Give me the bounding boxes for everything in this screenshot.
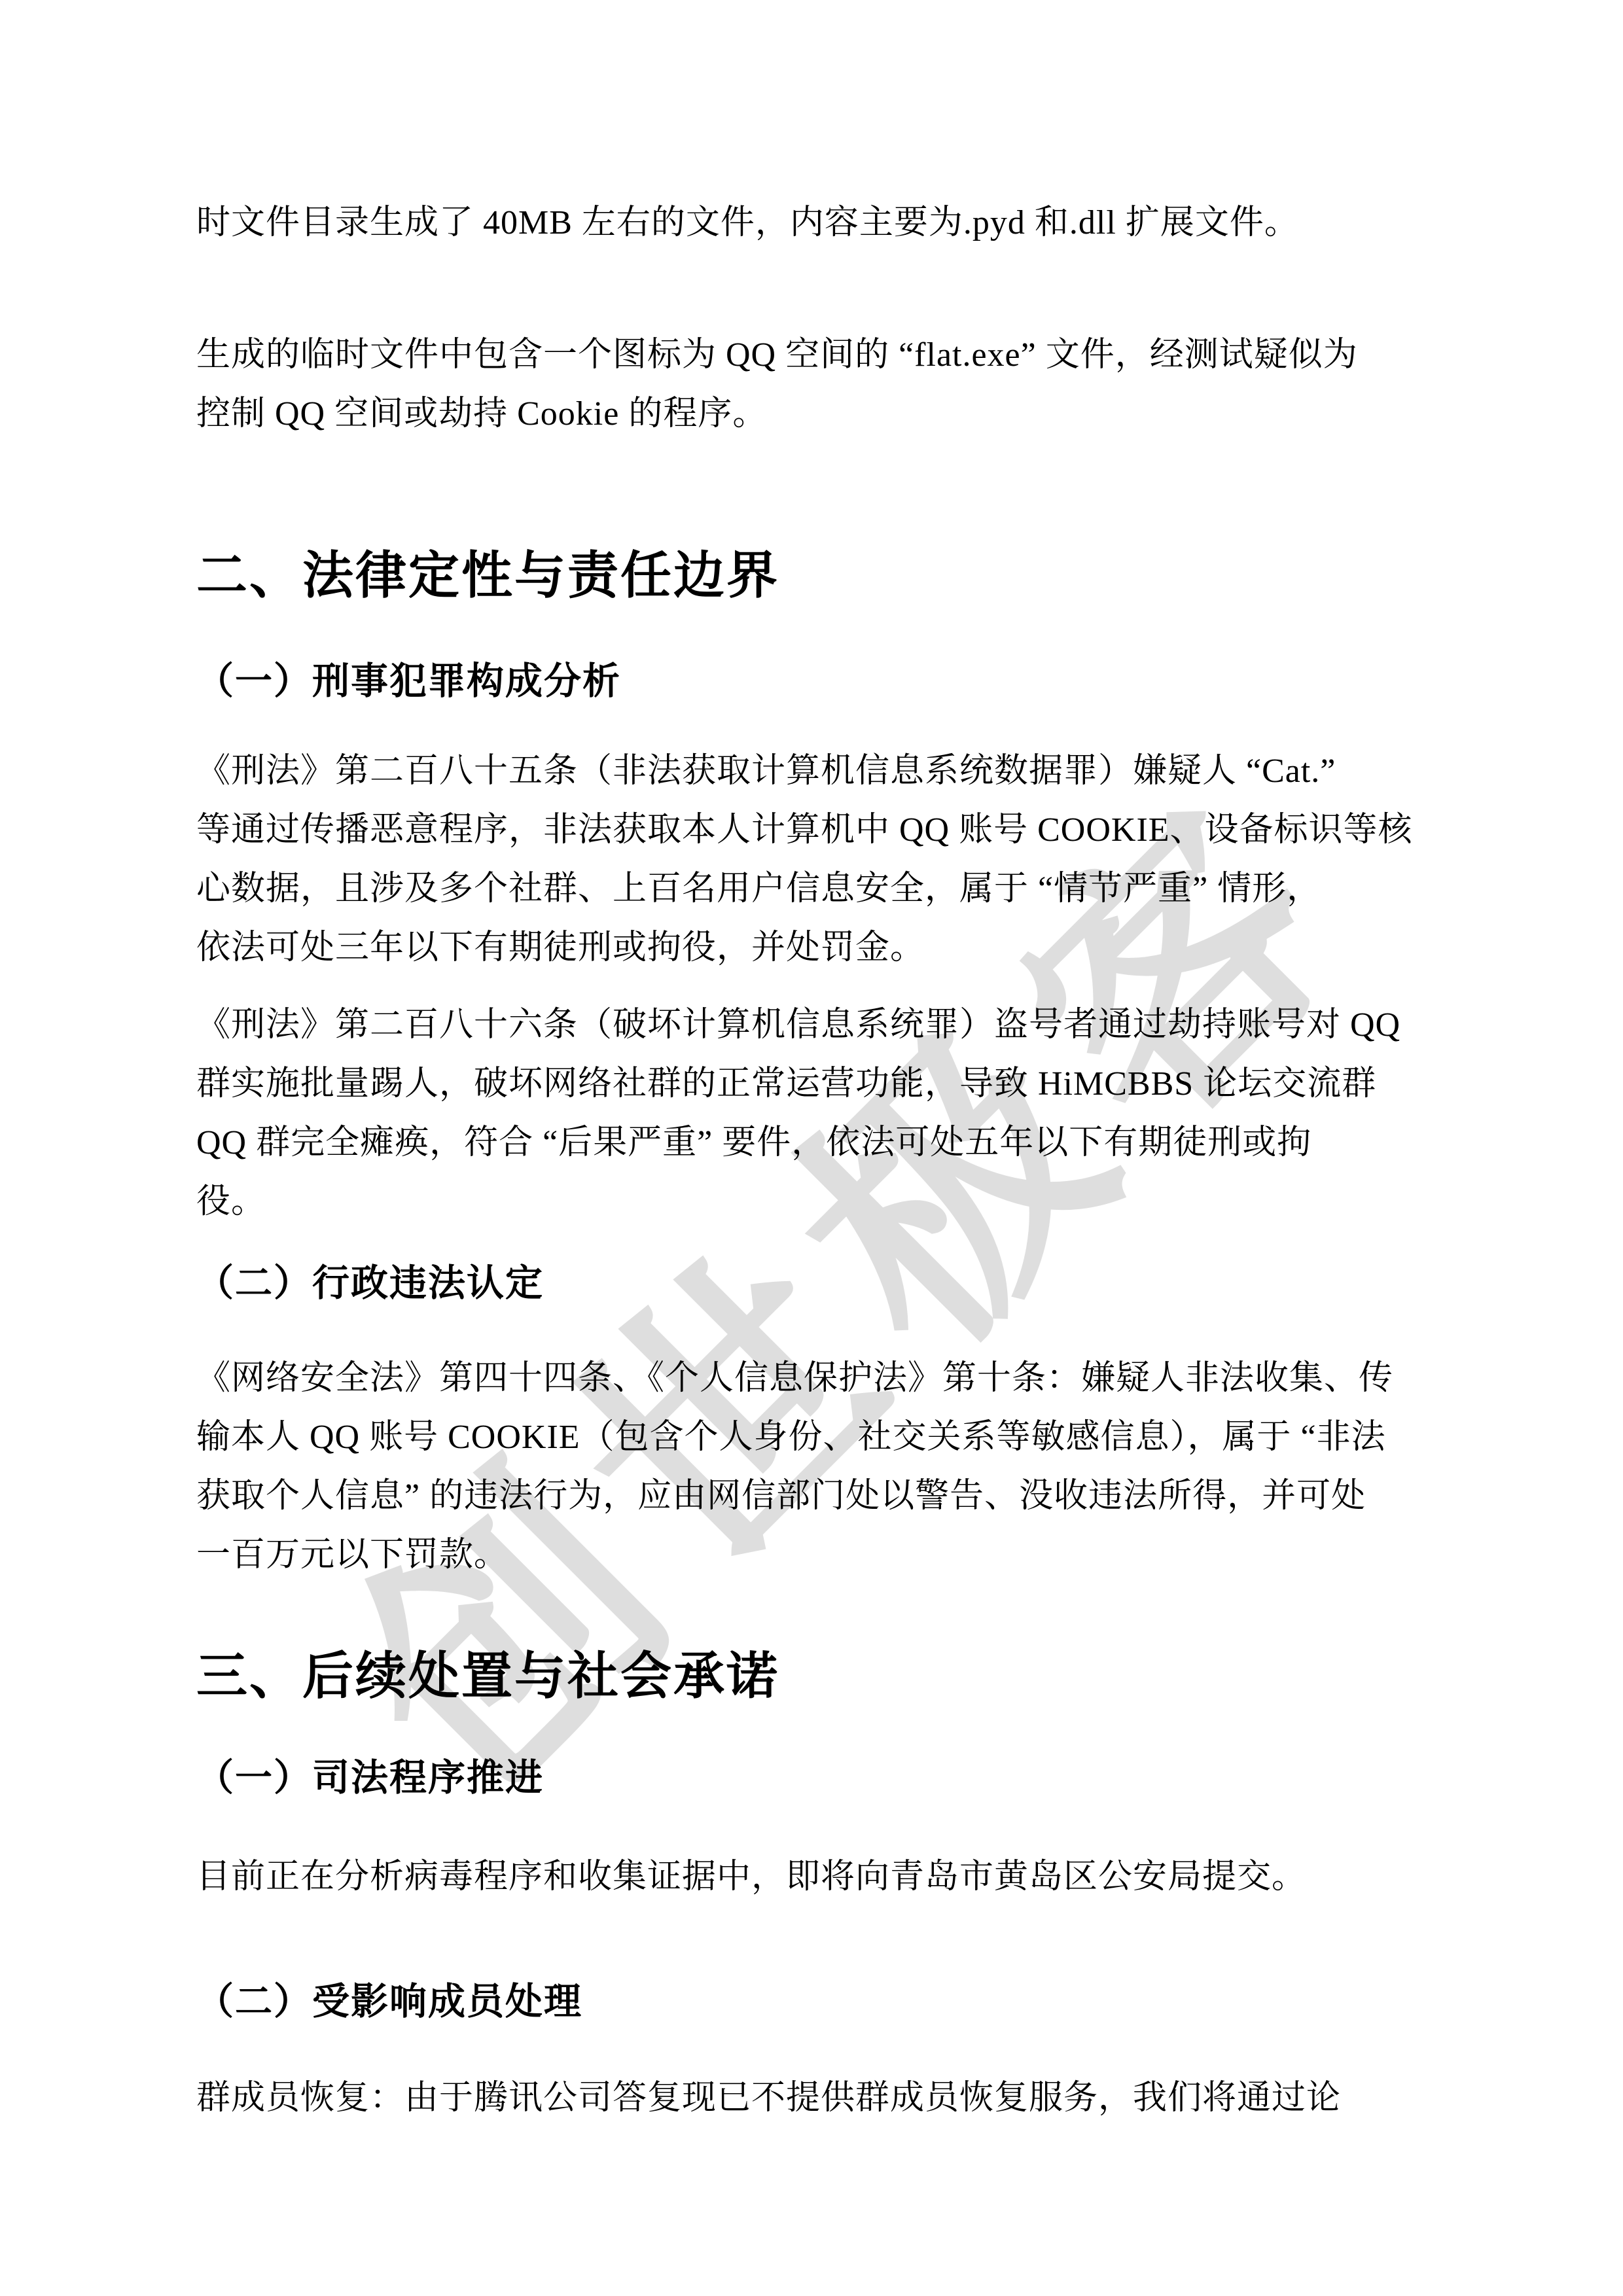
paragraph: 生成的临时文件中包含一个图标为 QQ 空间的 “flat.exe” 文件，经测试… [196,326,1429,444]
text-line: 《刑法》第二百八十五条（非法获取计算机信息系统数据罪）嫌疑人 “Cat.” [196,742,1429,801]
text-line: 《网络安全法》第四十四条、《个人信息保护法》第十条：嫌疑人非法收集、传 [196,1349,1429,1408]
text-line: QQ 群完全瘫痪，符合 “后果严重” 要件，依法可处五年以下有期徒刑或拘 [196,1114,1429,1173]
sub-heading: （二）受影响成员处理 [196,1969,1429,2034]
sub-heading: （一）刑事犯罪构成分析 [196,649,1429,713]
section-heading: 三、后续处置与社会承诺 [196,1637,1429,1714]
section-heading: 二、法律定性与责任边界 [196,537,1429,614]
sub-heading: （二）行政违法认定 [196,1251,1429,1315]
document-content: 时文件目录生成了 40MB 左右的文件，内容主要为.pyd 和.dll 扩展文件… [0,0,1623,2128]
document-page: 创世极客 时文件目录生成了 40MB 左右的文件，内容主要为.pyd 和.dll… [0,0,1623,2296]
text-line: 等通过传播恶意程序，非法获取本人计算机中 QQ 账号 COOKIE、设备标识等核 [196,801,1429,860]
paragraph: 时文件目录生成了 40MB 左右的文件，内容主要为.pyd 和.dll 扩展文件… [196,194,1429,253]
text-line: 目前正在分析病毒程序和收集证据中，即将向青岛市黄岛区公安局提交。 [196,1848,1429,1907]
text-line: （一）刑事犯罪构成分析 [196,649,1429,713]
text-line: 依法可处三年以下有期徒刑或拘役，并处罚金。 [196,919,1429,978]
text-line: 二、法律定性与责任边界 [196,537,1429,614]
text-line: 生成的临时文件中包含一个图标为 QQ 空间的 “flat.exe” 文件，经测试… [196,326,1429,385]
paragraph: 《刑法》第二百八十六条（破坏计算机信息系统罪）盗号者通过劫持账号对 QQ群实施批… [196,996,1429,1231]
text-line: 心数据，且涉及多个社群、上百名用户信息安全，属于 “情节严重” 情形， [196,860,1429,919]
text-line: 控制 QQ 空间或劫持 Cookie 的程序。 [196,385,1429,444]
paragraph: 群成员恢复：由于腾讯公司答复现已不提供群成员恢复服务，我们将通过论 [196,2069,1429,2128]
text-line: 群成员恢复：由于腾讯公司答复现已不提供群成员恢复服务，我们将通过论 [196,2069,1429,2128]
text-line: （一）司法程序推进 [196,1746,1429,1810]
text-line: （二）受影响成员处理 [196,1969,1429,2034]
text-line: 《刑法》第二百八十六条（破坏计算机信息系统罪）盗号者通过劫持账号对 QQ [196,996,1429,1055]
text-line: 役。 [196,1173,1429,1231]
text-line: 输本人 QQ 账号 COOKIE（包含个人身份、社交关系等敏感信息），属于 “非… [196,1408,1429,1467]
text-line: 三、后续处置与社会承诺 [196,1637,1429,1714]
text-line: 时文件目录生成了 40MB 左右的文件，内容主要为.pyd 和.dll 扩展文件… [196,194,1429,253]
paragraph: 《刑法》第二百八十五条（非法获取计算机信息系统数据罪）嫌疑人 “Cat.”等通过… [196,742,1429,978]
text-line: （二）行政违法认定 [196,1251,1429,1315]
sub-heading: （一）司法程序推进 [196,1746,1429,1810]
text-line: 群实施批量踢人，破坏网络社群的正常运营功能，导致 HiMCBBS 论坛交流群 [196,1055,1429,1114]
paragraph: 《网络安全法》第四十四条、《个人信息保护法》第十条：嫌疑人非法收集、传输本人 Q… [196,1349,1429,1585]
text-line: 一百万元以下罚款。 [196,1526,1429,1585]
paragraph: 目前正在分析病毒程序和收集证据中，即将向青岛市黄岛区公安局提交。 [196,1848,1429,1907]
text-line: 获取个人信息” 的违法行为，应由网信部门处以警告、没收违法所得，并可处 [196,1467,1429,1526]
